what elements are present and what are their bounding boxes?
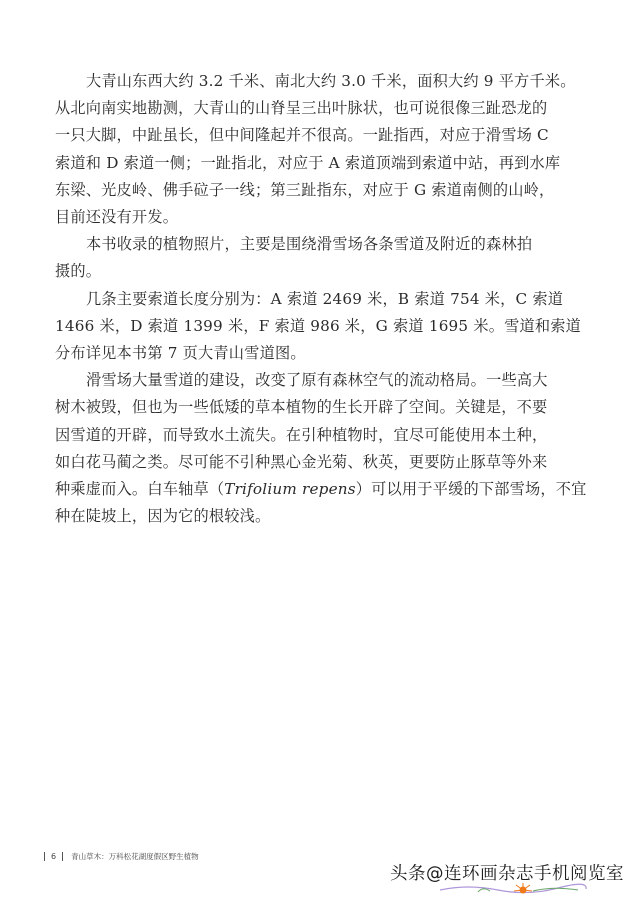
paragraph-ecology: 滑雪场大量雪道的建设，改变了原有森林空气的流动格局。一些高大 树木被毁，但也为一… — [55, 367, 595, 530]
paragraph-cableways: 几条主要索道长度分别为：A 索道 2469 米，B 索道 754 米，C 索道 … — [55, 286, 595, 368]
book-title: 青山草木：万科松花湖度假区野生植物 — [71, 851, 199, 862]
text-line: 因雪道的开辟，而导致水土流失。在引种植物时，宜尽可能使用本土种， — [55, 422, 595, 449]
text-line: 目前还没有开发。 — [55, 204, 595, 231]
text-line: 从北向南实地勘测，大青山的山脊呈三出叶脉状，也可说很像三趾恐龙的 — [55, 95, 595, 122]
text-line: 几条主要索道长度分别为：A 索道 2469 米，B 索道 754 米，C 索道 — [55, 286, 595, 313]
divider — [44, 852, 45, 861]
text-line: 东梁、光皮岭、佛手砬子一线；第三趾指东，对应于 G 索道南侧的山岭， — [55, 177, 595, 204]
text-segment: ）可以用于平缓的下部雪场，不宜 — [356, 480, 587, 498]
divider — [62, 852, 63, 861]
text-line: 本书收录的植物照片，主要是围绕滑雪场各条雪道及附近的森林拍 — [55, 231, 595, 258]
text-line: 树木被毁，但也为一些低矮的草本植物的生长开辟了空间。关键是，不要 — [55, 394, 595, 421]
page-number: 6 — [51, 852, 56, 861]
paragraph-area: 大青山东西大约 3.2 千米、南北大约 3.0 千米，面积大约 9 平方千米。 … — [55, 68, 595, 231]
watermark-text: 头条@连环画杂志手机阅览室 — [390, 864, 624, 884]
text-line: 大青山东西大约 3.2 千米、南北大约 3.0 千米，面积大约 9 平方千米。 — [55, 68, 595, 95]
text-line: 种在陡坡上，因为它的根较浅。 — [55, 503, 595, 530]
text-line: 分布详见本书第 7 页大青山雪道图。 — [55, 340, 595, 367]
text-line: 1466 米，D 索道 1399 米，F 索道 986 米，G 索道 1695 … — [55, 313, 595, 340]
body-text: 大青山东西大约 3.2 千米、南北大约 3.0 千米，面积大约 9 平方千米。 … — [55, 68, 595, 530]
flower-vine-icon — [438, 882, 588, 894]
paragraph-photos: 本书收录的植物照片，主要是围绕滑雪场各条雪道及附近的森林拍 摄的。 — [55, 231, 595, 285]
page-footer: 6 青山草木：万科松花湖度假区野生植物 — [38, 851, 199, 862]
text-line: 索道和 D 索道一侧；一趾指北，对应于 A 索道顶端到索道中站，再到水库 — [55, 150, 595, 177]
text-line: 一只大脚，中趾虽长，但中间隆起并不很高。一趾指西，对应于滑雪场 C — [55, 122, 595, 149]
text-line: 如白花马蔺之类。尽可能不引种黑心金光菊、秋英，更要防止豚草等外来 — [55, 449, 595, 476]
latin-name: Trifolium repens — [224, 480, 355, 498]
text-segment: 种乘虚而入。白车轴草（ — [55, 480, 224, 498]
text-line: 滑雪场大量雪道的建设，改变了原有森林空气的流动格局。一些高大 — [55, 367, 595, 394]
watermark: 头条@连环画杂志手机阅览室 — [390, 860, 624, 885]
text-line: 摄的。 — [55, 258, 595, 285]
text-line: 种乘虚而入。白车轴草（Trifolium repens）可以用于平缓的下部雪场，… — [55, 476, 595, 503]
document-page: 大青山东西大约 3.2 千米、南北大约 3.0 千米，面积大约 9 平方千米。 … — [0, 0, 640, 898]
